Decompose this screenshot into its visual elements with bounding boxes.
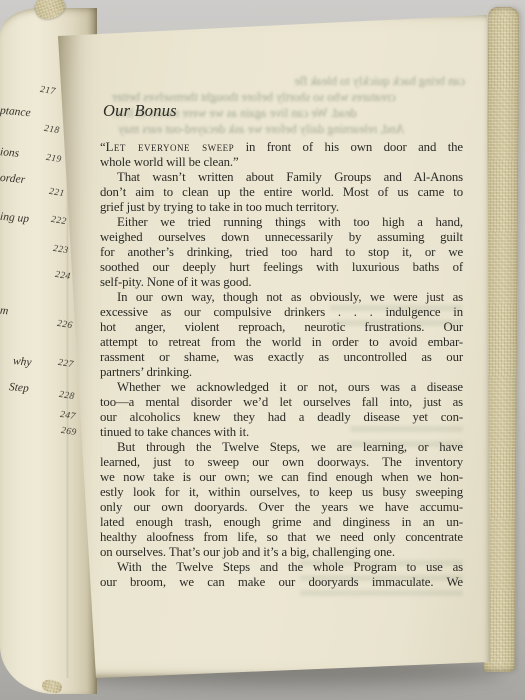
text-line: lated enough trash, enough grime and din… [97,515,463,530]
text-line: tinued to take chances with it. [97,425,463,440]
text-line: hot anger, violent reproach, neurotic fr… [97,320,463,335]
toc-title-fragment: ions [0,146,20,160]
text-line: don’t aim to clean up the entire world. … [97,185,463,200]
toc-title-fragment: m [0,305,9,318]
smallcaps-phrase: Let everyone sweep [106,140,235,154]
text-line: only our own dooryards. Over the years w… [97,500,463,515]
toc-title-fragment: ing up [0,211,30,225]
text-line: whole world will be clean.” [97,155,463,170]
text-line: That wasn’t written about Family Groups … [97,170,463,185]
text-line: With the Twelve Steps and the whole Prog… [97,560,463,575]
text-line: weighed ourselves down unnecessarily by … [97,230,463,245]
ghost-text-line: can bring back quickly to bleak flesh, r… [295,74,465,89]
quote-rest: in front of his own door and the [234,140,463,154]
text-line: for another’s drinking, tried too hard t… [97,245,463,260]
text-line: rassment or shame, was exactly as uncont… [97,350,463,365]
text-line: estly look for it, within ourselves, to … [97,485,463,500]
text-line: on ourselves. That’s our job and it’s a … [97,545,463,560]
text-line-quote: “Let everyone sweep in front of his own … [97,140,463,155]
text-line: we now take is our own; we can find enou… [97,470,463,485]
text-line: In our own way, though not as obviously,… [97,290,463,305]
text-line: soothed our deeply hurt feelings with lu… [97,260,463,275]
text-line: Either we tried running things with too … [97,215,463,230]
text-line: Whether we acknowledged it or not, ours … [97,380,463,395]
text-line: partners’ drinking. [97,365,463,380]
text-line: self-pity. None of it was good. [97,275,463,290]
toc-title-fragment: ptance [0,105,31,120]
text-line: attempt to retreat from the world in ord… [97,335,463,350]
text-line: But through the Twelve Steps, we are lea… [97,440,463,455]
text-line: our alcoholics knew they had a deadly di… [97,410,463,425]
body-lines: whole world will be clean.”That wasn’t w… [97,155,463,590]
photo-open-book: { "book": { "heading": "Our Bonus", "quo… [0,0,525,700]
text-line: our broom, we can make our dooryards imm… [97,575,463,590]
toc-title-fragment: why [13,355,33,369]
ghost-text-line: And, relearning daily before we ask deca… [118,122,465,137]
text-line: excessive as our compulsive drinkers . .… [97,305,463,320]
text-line: grief just by trying to take in too much… [97,200,463,215]
text-line: too—a mental disorder we’d let ourselves… [97,395,463,410]
toc-title-fragment: Step [9,381,30,395]
chapter-heading: Our Bonus [103,101,177,121]
body-text: “Let everyone sweep in front of his own … [97,140,463,590]
text-line: learned, just to sweep our own doorways.… [97,455,463,470]
text-line: healthy aloofness from life, so that we … [97,530,463,545]
toc-title-fragment: order [0,172,26,186]
